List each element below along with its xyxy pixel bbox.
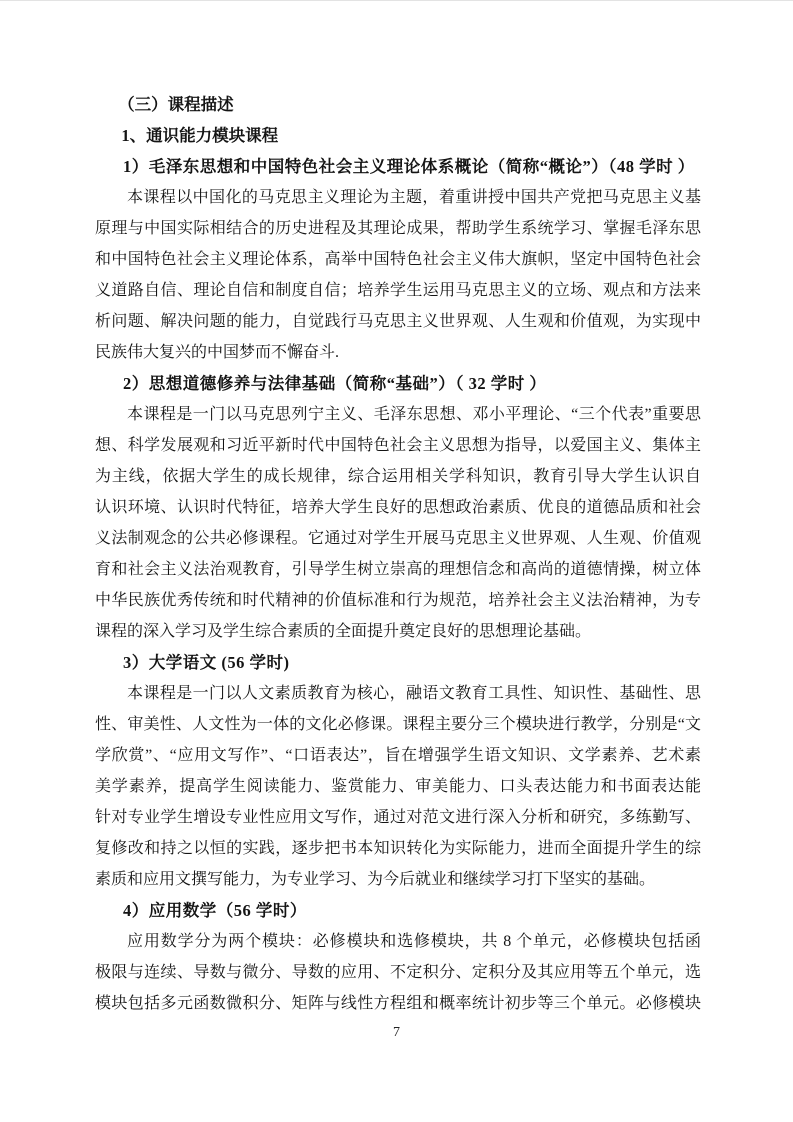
paragraph-line: 应用数学分为两个模块：必修模块和选修模块，共 8 个单元，必修模块包括函数、 xyxy=(95,926,701,957)
paragraph-line: 析问题、解决问题的能力，自觉践行马克思主义世界观、人生观和价值观，为实现中华 xyxy=(95,306,701,337)
course-section-4: 4）应用数学（56 学时） 应用数学分为两个模块：必修模块和选修模块，共 8 个… xyxy=(95,895,701,1019)
course-heading: 2）思想道德修养与法律基础（简称“基础”）（ 32 学时 ） xyxy=(95,368,701,399)
paragraph-line: 育和社会主义法治观教育，引导学生树立崇高的理想信念和高尚的道德情操，树立体现 xyxy=(95,554,701,585)
course-section-3: 3）大学语文 (56 学时) 本课程是一门以人文素质教育为核心，融语文教育工具性… xyxy=(95,647,701,895)
paragraph-line: 复修改和持之以恒的实践，逐步把书本知识转化为实际能力，进而全面提升学生的综合 xyxy=(95,833,701,864)
course-heading: 4）应用数学（56 学时） xyxy=(95,895,701,926)
section-heading: （三）课程描述 xyxy=(95,89,701,120)
paragraph-line: 认识环境、认识时代特征，培养大学生良好的思想政治素质、优良的道德品质和社会主 xyxy=(95,492,701,523)
paragraph-line: 为主线，依据大学生的成长规律，综合运用相关学科知识，教育引导大学生认识自我、 xyxy=(95,461,701,492)
paragraph-line: 义法制观念的公共必修课程。它通过对学生开展马克思主义世界观、人生观、价值观教 xyxy=(95,523,701,554)
paragraph-line: 中华民族优秀传统和时代精神的价值标准和行为规范，培养社会主义法治精神，为专业 xyxy=(95,585,701,616)
page-number: 7 xyxy=(0,1023,793,1043)
paragraph-line: 性、审美性、人文性为一体的文化必修课。课程主要分三个模块进行教学，分别是“文 xyxy=(95,709,701,740)
page-content: （三）课程描述 1、通识能力模块课程 1）毛泽东思想和中国特色社会主义理论体系概… xyxy=(95,89,701,1019)
course-description: 应用数学分为两个模块：必修模块和选修模块，共 8 个单元，必修模块包括函数、极限… xyxy=(95,926,701,1019)
paragraph-line: 学欣赏”、“应用文写作”、“口语表达”，旨在增强学生语文知识、文学素养、艺术素养… xyxy=(95,740,701,771)
paragraph-line: 和中国特色社会主义理论体系，高举中国特色社会主义伟大旗帜，坚定中国特色社会主 xyxy=(95,244,701,275)
paragraph-line: 极限与连续、导数与微分、导数的应用、不定积分、定积分及其应用等五个单元，选修 xyxy=(95,957,701,988)
paragraph-line: 义道路自信、理论自信和制度自信；培养学生运用马克思主义的立场、观点和方法来分 xyxy=(95,275,701,306)
course-description: 本课程是一门以人文素质教育为核心，融语文教育工具性、知识性、基础性、思想性、审美… xyxy=(95,678,701,895)
course-description: 本课程是一门以马克思列宁主义、毛泽东思想、邓小平理论、“三个代表”重要思想、科学… xyxy=(95,399,701,647)
paragraph-line: 素质和应用文撰写能力，为专业学习、为今后就业和继续学习打下坚实的基础。 xyxy=(95,864,701,895)
paragraph-line: 本课程是一门以人文素质教育为核心，融语文教育工具性、知识性、基础性、思想 xyxy=(95,678,701,709)
paragraph-line: 模块包括多元函数微积分、矩阵与线性方程组和概率统计初步等三个单元。必修模块主 xyxy=(95,988,701,1019)
document-page: （三）课程描述 1、通识能力模块课程 1）毛泽东思想和中国特色社会主义理论体系概… xyxy=(0,0,793,1122)
subsection-heading: 1、通识能力模块课程 xyxy=(95,120,701,151)
paragraph-line: 针对专业学生增设专业性应用文写作，通过对范文进行深入分析和研究，多练勤写、反 xyxy=(95,802,701,833)
course-section-1: 1）毛泽东思想和中国特色社会主义理论体系概论（简称“概论”）（48 学时 ） 本… xyxy=(95,151,701,368)
paragraph-line: 本课程以中国化的马克思主义理论为主题，着重讲授中国共产党把马克思主义基本 xyxy=(95,182,701,213)
paragraph-line: 原理与中国实际相结合的历史进程及其理论成果，帮助学生系统学习、掌握毛泽东思想 xyxy=(95,213,701,244)
course-heading: 3）大学语文 (56 学时) xyxy=(95,647,701,678)
course-section-2: 2）思想道德修养与法律基础（简称“基础”）（ 32 学时 ） 本课程是一门以马克… xyxy=(95,368,701,647)
course-heading: 1）毛泽东思想和中国特色社会主义理论体系概论（简称“概论”）（48 学时 ） xyxy=(95,151,701,182)
paragraph-line: 美学素养，提高学生阅读能力、鉴赏能力、审美能力、口头表达能力和书面表达能力； xyxy=(95,771,701,802)
paragraph-line: 想、科学发展观和习近平新时代中国特色社会主义思想为指导，以爱国主义、集体主义 xyxy=(95,430,701,461)
paragraph-line: 课程的深入学习及学生综合素质的全面提升奠定良好的思想理论基础。 xyxy=(95,616,701,647)
paragraph-line: 本课程是一门以马克思列宁主义、毛泽东思想、邓小平理论、“三个代表”重要思 xyxy=(95,399,701,430)
paragraph-line: 民族伟大复兴的中国梦而不懈奋斗. xyxy=(95,337,701,368)
course-description: 本课程以中国化的马克思主义理论为主题，着重讲授中国共产党把马克思主义基本原理与中… xyxy=(95,182,701,368)
